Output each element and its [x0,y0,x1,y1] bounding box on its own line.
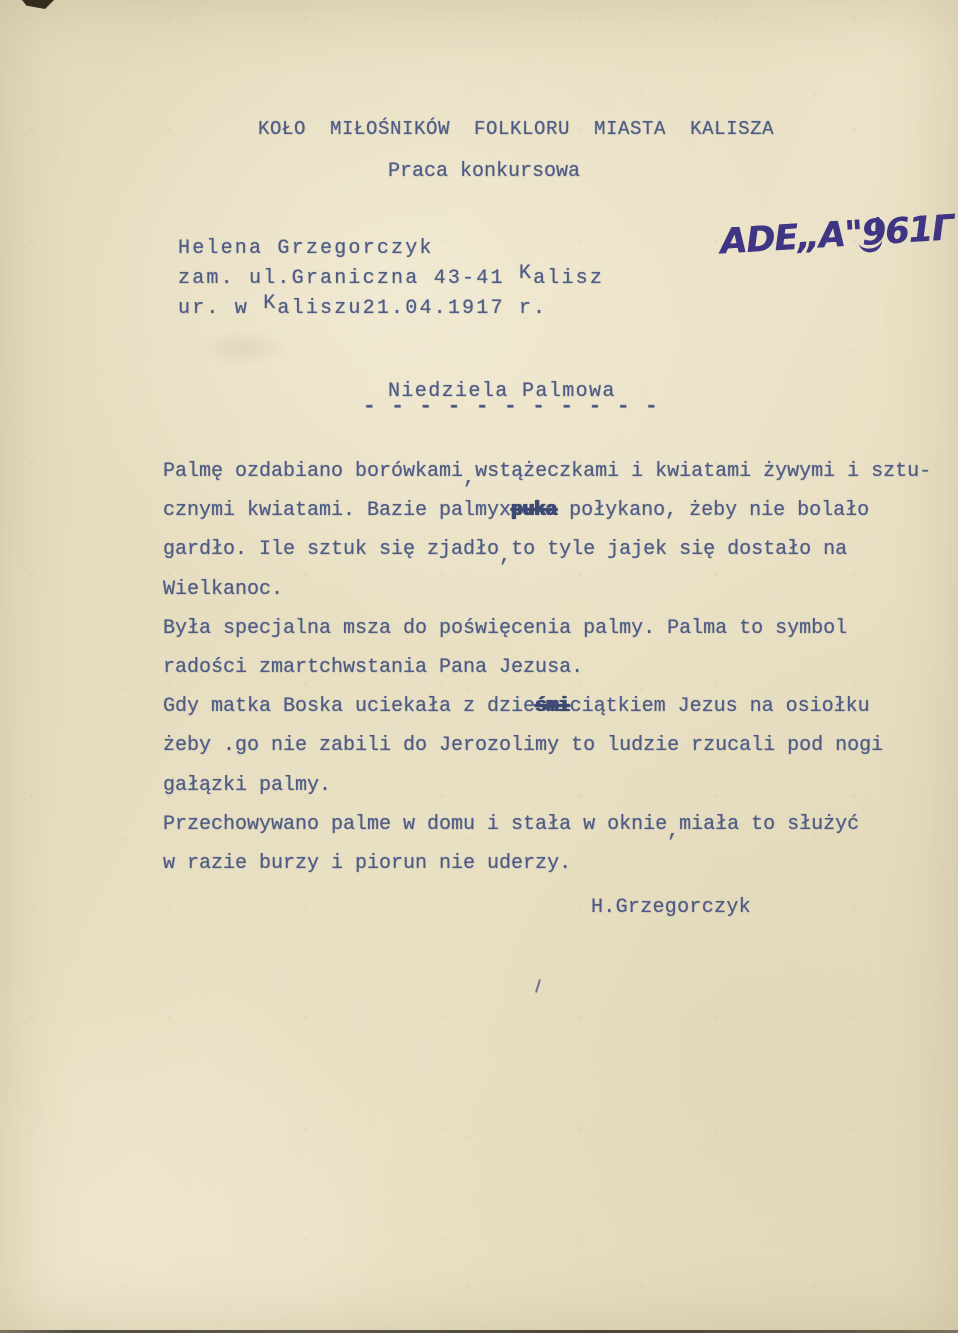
text-line: Przechowywano palme w domu i stała w okn… [163,805,958,844]
text-segment: ciątkiem Jezus na osiołku [570,695,870,718]
text-line: zam. ul.Graniczna 43-41 Kalisz [178,264,604,294]
signature: H.Grzegorczyk [591,896,751,919]
text-segment: połykano, żeby nie bolało [557,499,869,522]
title-dashed-underline: - - - - - - - - - - - [363,396,658,419]
text-line: gardło. Ile sztuk się zjadło,to tyle jaj… [163,530,958,569]
text-segment: Była specjalna msza do poświęcenia palmy… [163,617,847,640]
text-line: żeby .go nie zabili do Jerozolimy to lud… [163,726,958,765]
text-segment-raised: K [519,262,533,285]
annotation-text: ADE„A"961Γ [719,208,954,262]
text-segment: Helena Grzegorczyk [178,237,434,260]
text-line: w razie burzy i piorun nie uderzy. [163,844,958,883]
text-line: Palmę ozdabiano borówkami,wstążeczkami i… [163,452,958,491]
scanned-document-page: KOŁO MIŁOŚNIKÓW FOLKLORU MIASTA KALISZA … [0,0,958,1333]
text-segment: gałązki palmy. [163,774,331,797]
text-line: ur. w Kaliszu21.04.1917 r. [178,294,604,324]
document-type-label: Praca konkursowa [388,160,580,183]
text-segment: radości zmartchwstania Pana Jezusa. [163,656,583,679]
text-line: gałązki palmy. [163,766,958,805]
handwritten-archival-annotation: ADE„A"961Γ [672,171,916,266]
stray-pen-mark [535,979,541,993]
text-segment: w razie burzy i piorun nie uderzy. [163,852,571,875]
organization-header: KOŁO MIŁOŚNIKÓW FOLKLORU MIASTA KALISZA [258,118,774,140]
text-segment: Przechowywano palme w domu i stała w okn… [163,813,667,836]
scan-edge-artifact-top [22,0,54,9]
annotation-tick-mark [875,217,880,232]
text-segment: Palmę ozdabiano borówkami [163,460,463,483]
author-address-block: Helena Grzegorczykzam. ul.Graniczna 43-4… [178,234,604,324]
text-segment: to tyle jajek się dostało na [511,538,847,561]
paper-stain [196,330,292,366]
text-line: Helena Grzegorczyk [178,234,604,264]
text-line: Gdy matka Boska uciekała z dzieśmiciątki… [163,687,958,726]
text-segment: Wielkanoc. [163,578,283,601]
text-line: cznymi kwiatami. Bazie palmyxpuka połyka… [163,491,958,530]
text-segment-low: , [499,545,511,568]
text-segment: cznymi kwiatami. Bazie palmyx [163,499,511,522]
text-segment: wstążeczkami i kwiatami żywymi i sztu- [475,460,931,483]
text-segment: żeby .go nie zabili do Jerozolimy to lud… [163,734,883,757]
text-segment-low: , [667,820,679,843]
text-segment: Gdy matka Boska uciekała z dzie [163,695,535,718]
text-line: Wielkanoc. [163,570,958,609]
text-segment-struck: puka [511,499,557,522]
text-line: radości zmartchwstania Pana Jezusa. [163,648,958,687]
text-segment-raised: K [263,292,277,315]
text-segment-struck: śmi [535,695,570,718]
text-segment: gardło. Ile sztuk się zjadło [163,538,499,561]
text-segment: ur. w [178,297,263,320]
body-text: Palmę ozdabiano borówkami,wstążeczkami i… [163,452,958,883]
text-segment: alisz [533,267,604,290]
text-line: Była specjalna msza do poświęcenia palmy… [163,609,958,648]
text-segment-low: , [463,467,475,490]
text-segment: zam. ul.Graniczna 43-41 [178,267,519,290]
text-segment: miała to służyć [679,813,859,836]
text-segment: aliszu21.04.1917 r. [277,297,547,320]
